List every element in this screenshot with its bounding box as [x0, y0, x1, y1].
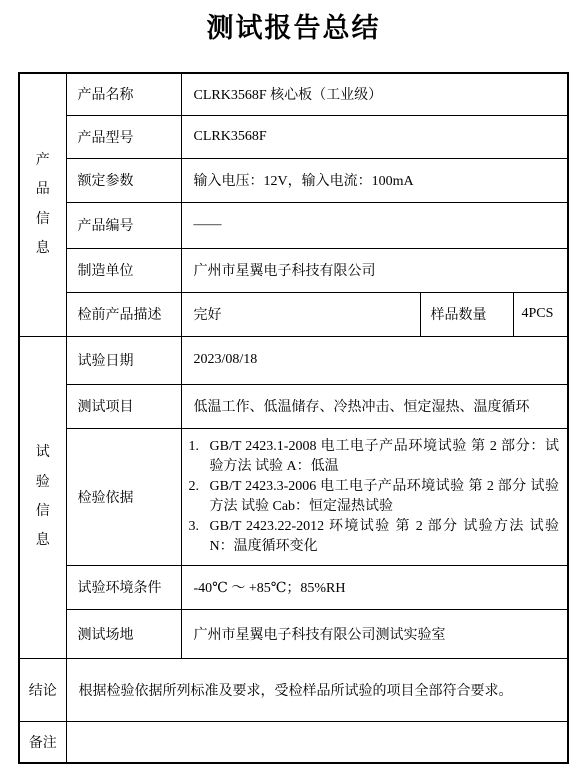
- value-sample-quantity: 4PCS: [513, 292, 568, 336]
- report-table: 产品信息 产品名称 CLRK3568F 核心板（工业级） 产品型号 CLRK35…: [18, 72, 569, 764]
- value-manufacturer: 广州市星翼电子科技有限公司: [181, 248, 568, 292]
- label-test-items: 测试项目: [66, 384, 181, 428]
- row-conclusion: 结论 根据检验依据所列标准及要求，受检样品所试验的项目全部符合要求。: [19, 658, 568, 721]
- label-rated-parameters: 额定参数: [66, 158, 181, 202]
- section-product-info-label: 产品信息: [36, 146, 50, 264]
- value-product-model: CLRK3568F: [181, 115, 568, 158]
- label-test-site: 测试场地: [66, 609, 181, 658]
- section-test-info: 试验信息: [19, 336, 66, 658]
- value-inspection-basis: 1. GB/T 2423.1-2008 电工电子产品环境试验 第 2 部分：试验…: [181, 428, 568, 565]
- row-product-number: 产品编号 ——: [19, 202, 568, 248]
- basis-item-2-text: GB/T 2423.3-2006 电工电子产品环境试验 第 2 部分 试验方法 …: [210, 477, 562, 517]
- label-product-number: 产品编号: [66, 202, 181, 248]
- basis-item-2-number: 2.: [189, 477, 210, 517]
- value-test-date: 2023/08/18: [181, 336, 568, 384]
- label-remarks: 备注: [19, 721, 66, 763]
- page-title: 测试报告总结: [0, 6, 587, 45]
- basis-item-3-text: GB/T 2423.22-2012 环境试验 第 2 部分 试验方法 试验 N：…: [210, 517, 562, 557]
- basis-item-1: 1. GB/T 2423.1-2008 电工电子产品环境试验 第 2 部分：试验…: [189, 437, 562, 477]
- section-test-info-label: 试验信息: [36, 438, 50, 556]
- row-rated-parameters: 额定参数 输入电压：12V，输入电流：100mA: [19, 158, 568, 202]
- value-pre-test-description: 完好: [181, 292, 420, 336]
- row-pre-test-description: 检前产品描述 完好 样品数量 4PCS: [19, 292, 568, 336]
- row-remarks: 备注: [19, 721, 568, 763]
- value-product-number: ——: [181, 202, 568, 248]
- row-test-items: 测试项目 低温工作、低温储存、冷热冲击、恒定湿热、温度循环: [19, 384, 568, 428]
- value-conclusion: 根据检验依据所列标准及要求，受检样品所试验的项目全部符合要求。: [66, 658, 568, 721]
- label-conclusion: 结论: [19, 658, 66, 721]
- value-rated-parameters: 输入电压：12V，输入电流：100mA: [181, 158, 568, 202]
- label-pre-test-description: 检前产品描述: [66, 292, 181, 336]
- section-product-info: 产品信息: [19, 73, 66, 336]
- basis-item-1-text: GB/T 2423.1-2008 电工电子产品环境试验 第 2 部分：试验方法 …: [210, 437, 562, 477]
- row-manufacturer: 制造单位 广州市星翼电子科技有限公司: [19, 248, 568, 292]
- label-test-date: 试验日期: [66, 336, 181, 384]
- label-inspection-basis: 检验依据: [66, 428, 181, 565]
- report-page: { "title": "测试报告总结", "colors": { "text":…: [0, 0, 587, 770]
- value-test-site: 广州市星翼电子科技有限公司测试实验室: [181, 609, 568, 658]
- value-remarks: [66, 721, 568, 763]
- label-sample-quantity: 样品数量: [420, 292, 513, 336]
- basis-item-2: 2. GB/T 2423.3-2006 电工电子产品环境试验 第 2 部分 试验…: [189, 477, 562, 517]
- value-test-environment: -40℃ ～ +85℃；85%RH: [181, 565, 568, 609]
- row-product-model: 产品型号 CLRK3568F: [19, 115, 568, 158]
- row-test-environment: 试验环境条件 -40℃ ～ +85℃；85%RH: [19, 565, 568, 609]
- row-inspection-basis: 检验依据 1. GB/T 2423.1-2008 电工电子产品环境试验 第 2 …: [19, 428, 568, 565]
- label-test-environment: 试验环境条件: [66, 565, 181, 609]
- row-product-name: 产品信息 产品名称 CLRK3568F 核心板（工业级）: [19, 73, 568, 115]
- row-test-site: 测试场地 广州市星翼电子科技有限公司测试实验室: [19, 609, 568, 658]
- basis-item-3-number: 3.: [189, 517, 210, 557]
- value-test-items: 低温工作、低温储存、冷热冲击、恒定湿热、温度循环: [181, 384, 568, 428]
- label-manufacturer: 制造单位: [66, 248, 181, 292]
- row-test-date: 试验信息 试验日期 2023/08/18: [19, 336, 568, 384]
- basis-item-3: 3. GB/T 2423.22-2012 环境试验 第 2 部分 试验方法 试验…: [189, 517, 562, 557]
- label-product-name: 产品名称: [66, 73, 181, 115]
- basis-item-1-number: 1.: [189, 437, 210, 477]
- label-product-model: 产品型号: [66, 115, 181, 158]
- value-product-name: CLRK3568F 核心板（工业级）: [181, 73, 568, 115]
